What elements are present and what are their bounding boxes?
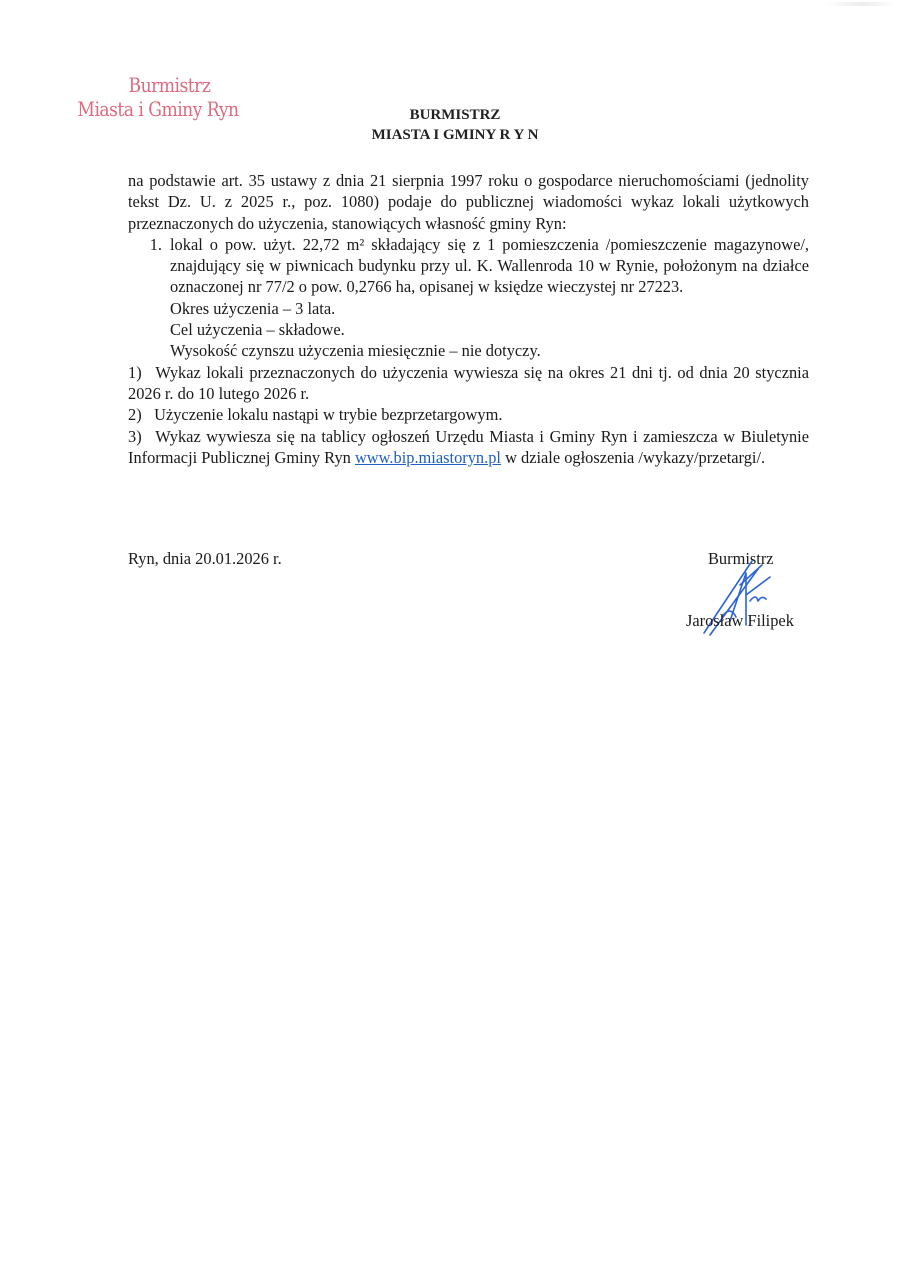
point-text: Wykaz lokali przeznaczonych do użyczenia… bbox=[128, 363, 809, 403]
list-item-number: 1. bbox=[128, 234, 170, 298]
numbered-point: 3) Wykaz wywiesza się na tablicy ogłosze… bbox=[128, 426, 809, 469]
point-number: 2) bbox=[128, 404, 150, 425]
bip-link[interactable]: www.bip.miastoryn.pl bbox=[355, 448, 501, 467]
signatory-name: Jarosław Filipek bbox=[686, 610, 794, 631]
scan-artifact bbox=[827, 2, 897, 6]
numbered-point: 1) Wykaz lokali przeznaczonych do użycze… bbox=[128, 362, 809, 405]
office-stamp: Burmistrz Miasta i Gminy Ryn bbox=[70, 74, 246, 122]
point-text: Użyczenie lokalu nastąpi w trybie bezprz… bbox=[154, 405, 502, 424]
document-header: BURMISTRZ MIASTA I GMINY R Y N bbox=[340, 105, 570, 145]
place-date: Ryn, dnia 20.01.2026 r. bbox=[128, 548, 282, 569]
list-item: 1. lokal o pow. użyt. 22,72 m² składając… bbox=[128, 234, 809, 298]
stamp-line-2: Miasta i Gminy Ryn bbox=[70, 98, 246, 122]
intro-paragraph: na podstawie art. 35 ustawy z dnia 21 si… bbox=[128, 170, 809, 234]
lease-period: Okres użyczenia – 3 lata. bbox=[170, 298, 809, 319]
lease-rent: Wysokość czynszu użyczenia miesięcznie –… bbox=[170, 340, 809, 361]
point-number: 1) bbox=[128, 362, 150, 383]
list-item-text: lokal o pow. użyt. 22,72 m² składający s… bbox=[170, 234, 809, 298]
header-subtitle: MIASTA I GMINY R Y N bbox=[340, 125, 570, 145]
document-body: na podstawie art. 35 ustawy z dnia 21 si… bbox=[128, 170, 809, 468]
document-page: Burmistrz Miasta i Gminy Ryn BURMISTRZ M… bbox=[0, 0, 905, 1280]
point-number: 3) bbox=[128, 426, 150, 447]
point-text-after-link: w dziale ogłoszenia /wykazy/przetargi/. bbox=[505, 448, 765, 467]
header-title: BURMISTRZ bbox=[340, 105, 570, 125]
numbered-point: 2) Użyczenie lokalu nastąpi w trybie bez… bbox=[128, 404, 809, 425]
stamp-line-1: Burmistrz bbox=[70, 74, 246, 98]
lease-purpose: Cel użyczenia – składowe. bbox=[170, 319, 809, 340]
